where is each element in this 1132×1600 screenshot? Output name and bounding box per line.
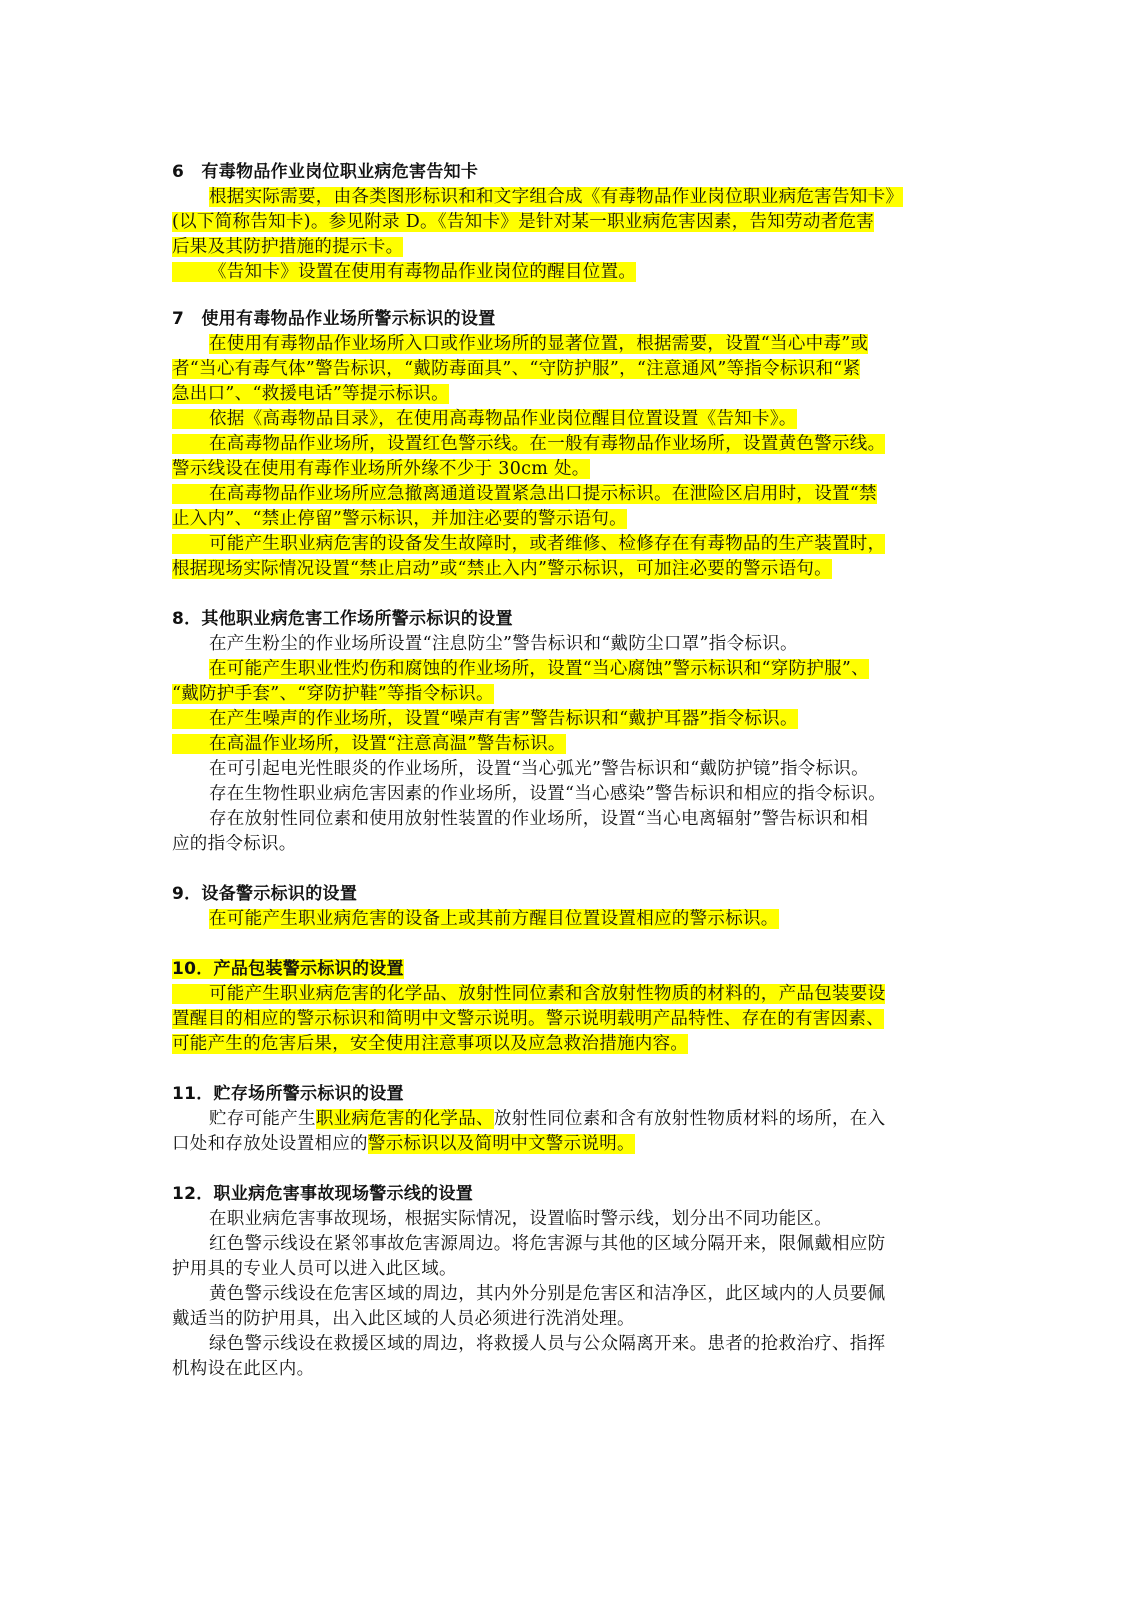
paragraph-line: 存在生物性职业病危害因素的作业场所，设置“当心感染”警告标识和相应的指令标识。 <box>172 784 886 804</box>
highlighted-segment: 警示标识以及简明中文警示说明。 <box>368 1134 635 1154</box>
paragraph-line: 口处和存放处设置相应的警示标识以及简明中文警示说明。 <box>172 1132 635 1157</box>
text-segment: 口处和存放处设置相应的 <box>172 1134 368 1154</box>
paragraph-line: 者“当心有毒气体”警告标识，“戴防毒面具”、“守防护服”，“注意通风”等指令标识… <box>172 359 860 379</box>
section-9-heading: 9．设备警示标识的设置 <box>172 882 357 907</box>
paragraph-line: 存在放射性同位素和使用放射性装置的作业场所，设置“当心电离辐射”警告标识和相 <box>172 809 868 829</box>
paragraph-line: 后果及其防护措施的提示卡。 <box>172 237 403 257</box>
paragraph-line: 在职业病危害事故现场，根据实际情况，设置临时警示线，划分出不同功能区。 <box>172 1209 832 1229</box>
paragraph-line: 在可能产生职业性灼伤和腐蚀的作业场所，设置“当心腐蚀”警示标识和“穿防护服”、 <box>209 659 869 679</box>
paragraph-line: 置醒目的相应的警示标识和简明中文警示说明。警示说明载明产品特性、存在的有害因素、 <box>172 1009 884 1029</box>
paragraph-line: 红色警示线设在紧邻事故危害源周边。将危害源与其他的区域分隔开来，限佩戴相应防 <box>172 1234 885 1254</box>
paragraph-line: 可能产生的危害后果，安全使用注意事项以及应急救治措施内容。 <box>172 1034 688 1054</box>
paragraph-line: 应的指令标识。 <box>172 834 297 854</box>
paragraph-line: 依据《高毒物品目录》，在使用高毒物品作业岗位醒目位置设置《告知卡》。 <box>172 409 797 429</box>
paragraph-line: 在产生粉尘的作业场所设置“注息防尘”警告标识和“戴防尘口罩”指令标识。 <box>172 634 798 654</box>
paragraph-line: 在高毒物品作业场所应急撤离通道设置紧急出口提示标识。在泄险区启用时，设置“禁 <box>172 484 877 504</box>
paragraph-line: 在可引起电光性眼炎的作业场所，设置“当心弧光”警告标识和“戴防护镜”指令标识。 <box>172 759 869 779</box>
highlighted-segment: 职业病危害的化学品、 <box>316 1109 494 1129</box>
paragraph-line: 止入内”、“禁止停留”警示标识，并加注必要的警示语句。 <box>172 509 627 529</box>
section-8-heading: 8．其他职业病危害工作场所警示标识的设置 <box>172 607 513 632</box>
paragraph-line: 根据实际需要，由各类图形标识和和文字组合成《有毒物品作业岗位职业病危害告知卡》 <box>209 187 903 207</box>
section-7-heading: 7 使用有毒物品作业场所警示标识的设置 <box>172 307 496 332</box>
paragraph-line: 在高温作业场所，设置“注意高温”警告标识。 <box>172 734 566 754</box>
paragraph-line: 在可能产生职业病危害的设备上或其前方醒目位置设置相应的警示标识。 <box>209 909 779 929</box>
paragraph-line: 可能产生职业病危害的化学品、放射性同位素和含放射性物质的材料的，产品包装要设 <box>172 984 885 1004</box>
paragraph-line: 在高毒物品作业场所，设置红色警示线。在一般有毒物品作业场所，设置黄色警示线。 <box>172 434 885 454</box>
paragraph-line: 戴适当的防护用具，出入此区域的人员必须进行洗消处理。 <box>172 1309 635 1329</box>
section-10-heading: 10．产品包装警示标识的设置 <box>172 959 404 979</box>
text-segment: 贮存可能产生 <box>172 1109 316 1129</box>
paragraph-line: 护用具的专业人员可以进入此区域。 <box>172 1259 457 1279</box>
paragraph-line: 在使用有毒物品作业场所入口或作业场所的显著位置，根据需要，设置“当心中毒”或 <box>209 334 868 354</box>
paragraph-line: 贮存可能产生职业病危害的化学品、放射性同位素和含有放射性物质材料的场所，在入 <box>172 1107 885 1132</box>
text-segment: 放射性同位素和含有放射性物质材料的场所，在入 <box>494 1109 886 1129</box>
section-11-heading: 11．贮存场所警示标识的设置 <box>172 1082 404 1107</box>
paragraph-line: (以下简称告知卡)。参见附录 D。《告知卡》是针对某一职业病危害因素，告知劳动者… <box>172 212 874 232</box>
paragraph-line: 黄色警示线设在危害区域的周边，其内外分别是危害区和洁净区，此区域内的人员要佩 <box>172 1284 885 1304</box>
paragraph-line: 急出口”、“救援电话”等提示标识。 <box>172 384 449 404</box>
paragraph-line: 根据现场实际情况设置“禁止启动”或“禁止入内”警示标识，可加注必要的警示语句。 <box>172 559 832 579</box>
paragraph-line: 在产生噪声的作业场所，设置“噪声有害”警告标识和“戴护耳器”指令标识。 <box>172 709 798 729</box>
paragraph-line: 警示线设在使用有毒作业场所外缘不少于 30cm 处。 <box>172 459 590 479</box>
section-12-heading: 12．职业病危害事故现场警示线的设置 <box>172 1182 473 1207</box>
paragraph-line: 《告知卡》设置在使用有毒物品作业岗位的醒目位置。 <box>172 262 636 282</box>
paragraph-line: 机构设在此区内。 <box>172 1359 314 1379</box>
paragraph-line: “戴防护手套”、“穿防护鞋”等指令标识。 <box>172 684 494 704</box>
section-6-heading: 6 有毒物品作业岗位职业病危害告知卡 <box>172 160 478 185</box>
paragraph-line: 可能产生职业病危害的设备发生故障时，或者维修、检修存在有毒物品的生产装置时， <box>172 534 885 554</box>
paragraph-line: 绿色警示线设在救援区域的周边，将救援人员与公众隔离开来。患者的抢救治疗、指挥 <box>172 1334 885 1354</box>
